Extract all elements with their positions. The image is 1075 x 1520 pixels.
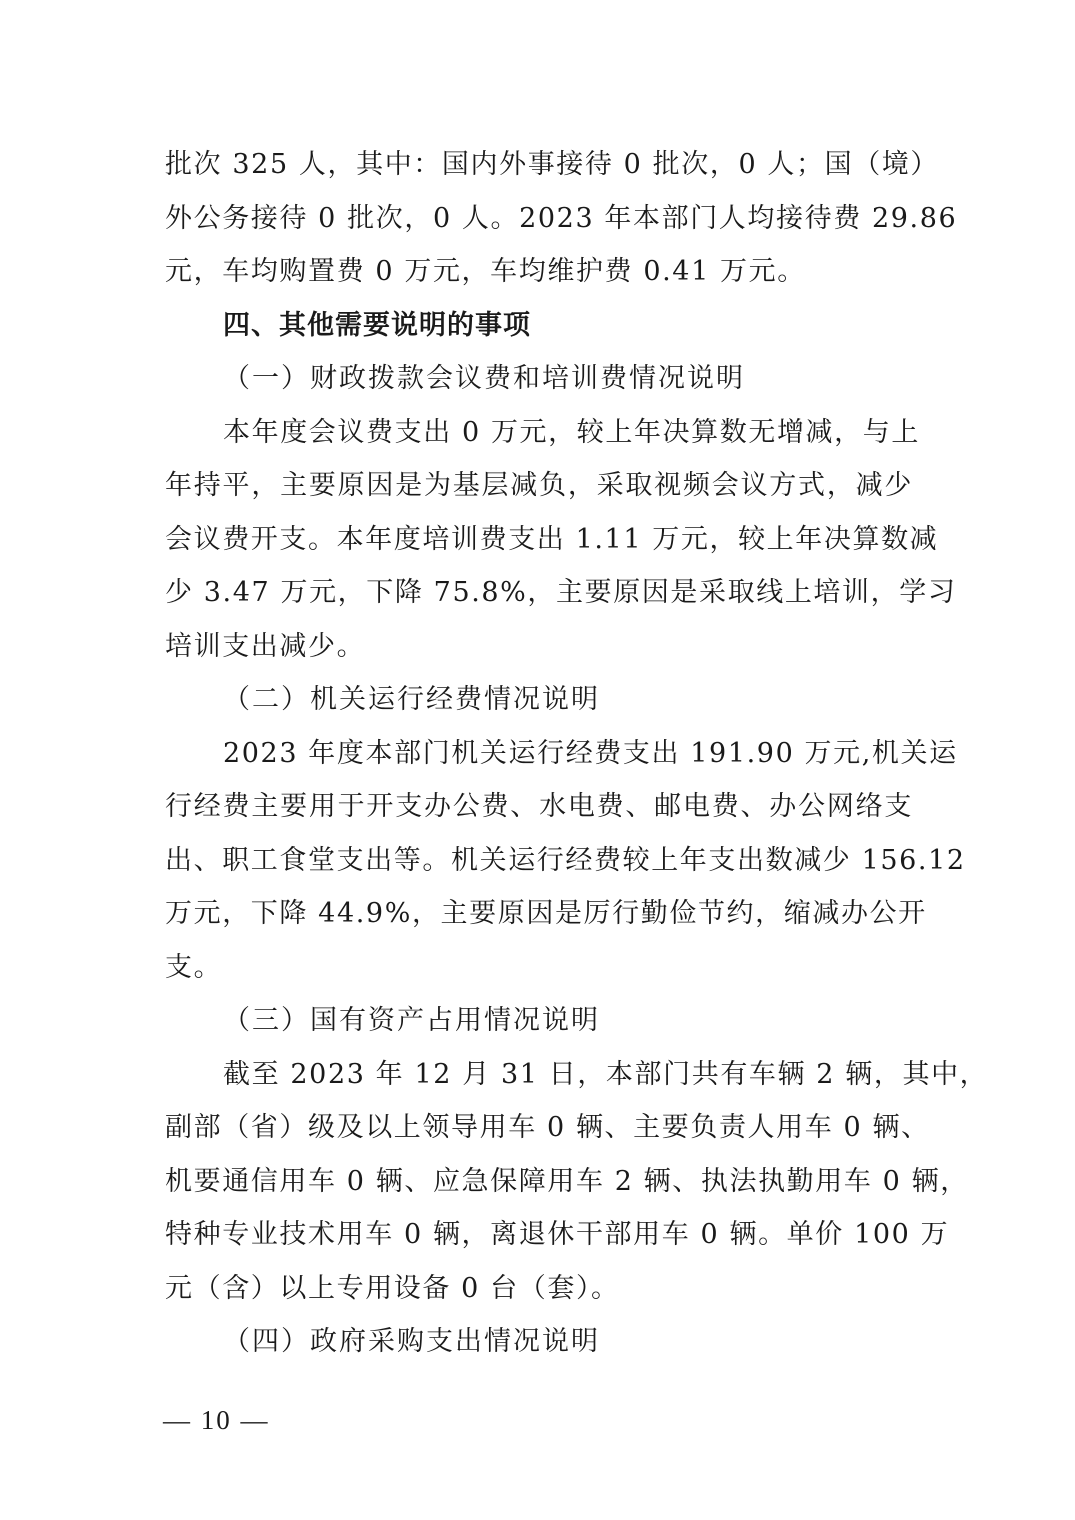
paragraph-line: 2023 年度本部门机关运行经费支出 191.90 万元,机关运 [165, 727, 913, 781]
paragraph-line: 少 3.47 万元，下降 75.8%，主要原因是采取线上培训，学习 [165, 566, 913, 620]
paragraph-line: 截至 2023 年 12 月 31 日，本部门共有车辆 2 辆，其中， [165, 1048, 913, 1102]
paragraph-line: 元（含）以上专用设备 0 台（套）。 [165, 1262, 913, 1316]
paragraph-line: 批次 325 人，其中：国内外事接待 0 批次，0 人；国（境） [165, 138, 913, 192]
paragraph-line: 外公务接待 0 批次，0 人。2023 年本部门人均接待费 29.86 [165, 192, 913, 246]
paragraph-line: 万元，下降 44.9%，主要原因是厉行勤俭节约，缩减办公开 [165, 887, 913, 941]
paragraph-line: 出、职工食堂支出等。机关运行经费较上年支出数减少 156.12 [165, 834, 913, 888]
subsection-heading: （三）国有资产占用情况说明 [165, 994, 913, 1048]
document-page: 批次 325 人，其中：国内外事接待 0 批次，0 人；国（境） 外公务接待 0… [165, 138, 913, 1369]
paragraph-line: 支。 [165, 941, 913, 995]
subsection-heading: （四）政府采购支出情况说明 [165, 1315, 913, 1369]
paragraph-line: 本年度会议费支出 0 万元，较上年决算数无增减，与上 [165, 406, 913, 460]
page-number: — 10 — [163, 1405, 270, 1436]
paragraph-line: 副部（省）级及以上领导用车 0 辆、主要负责人用车 0 辆、 [165, 1101, 913, 1155]
paragraph-line: 年持平，主要原因是为基层减负，采取视频会议方式，减少 [165, 459, 913, 513]
paragraph-line: 行经费主要用于开支办公费、水电费、邮电费、办公网络支 [165, 780, 913, 834]
paragraph-line: 机要通信用车 0 辆、应急保障用车 2 辆、执法执勤用车 0 辆， [165, 1155, 913, 1209]
paragraph-line: 培训支出减少。 [165, 620, 913, 674]
paragraph-line: 特种专业技术用车 0 辆，离退休干部用车 0 辆。单价 100 万 [165, 1208, 913, 1262]
paragraph-line: 会议费开支。本年度培训费支出 1.11 万元，较上年决算数减 [165, 513, 913, 567]
subsection-heading: （一）财政拨款会议费和培训费情况说明 [165, 352, 913, 406]
section-heading: 四、其他需要说明的事项 [165, 299, 913, 353]
subsection-heading: （二）机关运行经费情况说明 [165, 673, 913, 727]
paragraph-line: 元，车均购置费 0 万元，车均维护费 0.41 万元。 [165, 245, 913, 299]
